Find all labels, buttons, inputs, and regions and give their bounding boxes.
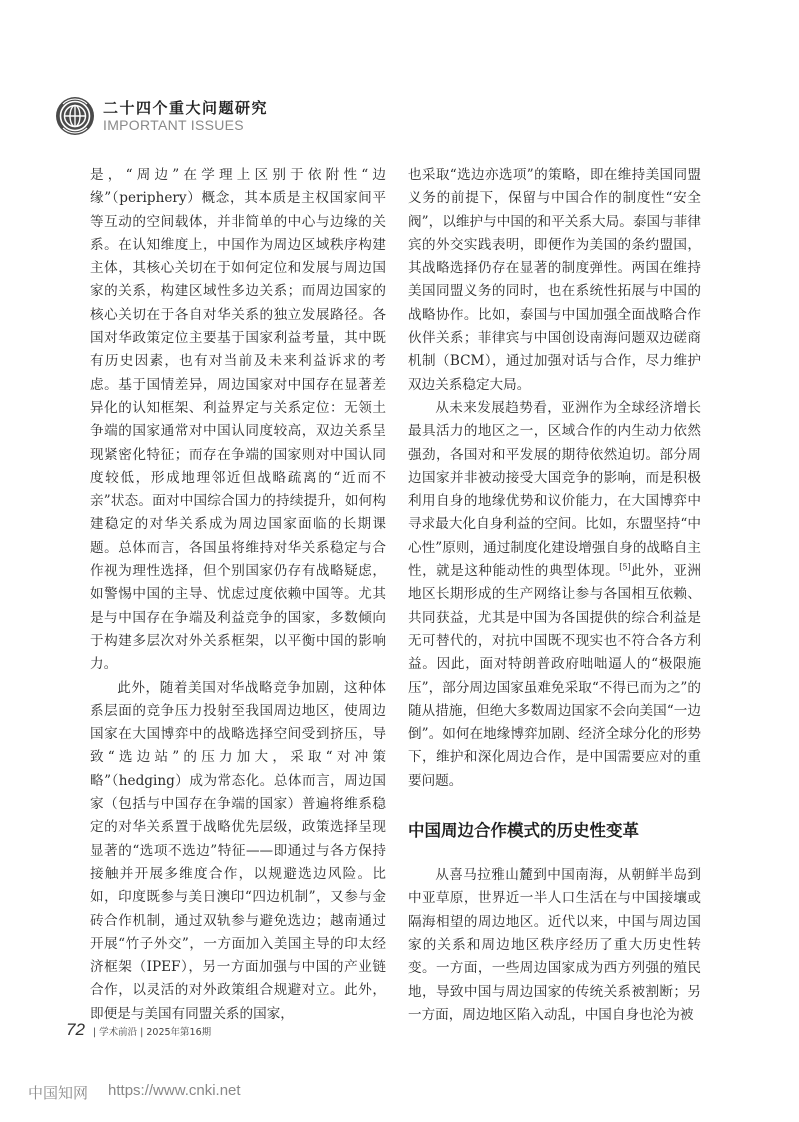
- right-column: 也采取“选边亦选项”的策略，即在维持美国同盟义务的前提下，保留与中国合作的制度性…: [408, 164, 701, 1027]
- section-title-en: IMPORTANT ISSUES: [103, 117, 268, 133]
- section-title-cn: 二十四个重大问题研究: [103, 99, 268, 117]
- cnki-watermark: 中国知网 https://www.cnki.net: [28, 1082, 241, 1103]
- watermark-url[interactable]: https://www.cnki.net: [108, 1082, 241, 1103]
- page-header: 二十四个重大问题研究 IMPORTANT ISSUES: [55, 93, 268, 139]
- body-paragraph: 是，“周边”在学理上区别于依附性“边缘”（periphery）概念，其本质是主权…: [90, 164, 386, 677]
- left-column: 是，“周边”在学理上区别于依附性“边缘”（periphery）概念，其本质是主权…: [90, 164, 386, 1026]
- watermark-site-name: 中国知网: [28, 1082, 88, 1103]
- page-footer: 72 | 学术前沿 | 2025年第16期: [66, 1020, 211, 1040]
- body-paragraph: 从未来发展趋势看，亚洲作为全球经济增长最具活力的地区之一，区域合作的内生动力依然…: [408, 397, 701, 793]
- body-paragraph: 从喜马拉雅山麓到中国南海，从朝鲜半岛到中亚草原，世界近一半人口生活在与中国接壤或…: [408, 864, 701, 1027]
- journal-info: | 学术前沿 | 2025年第16期: [93, 1024, 211, 1038]
- body-paragraph: 此外，随着美国对华战略竞争加剧，这种体系层面的竞争压力投射至我国周边地区，使周边…: [90, 677, 386, 1026]
- page-number: 72: [66, 1020, 85, 1040]
- body-paragraph: 也采取“选边亦选项”的策略，即在维持美国同盟义务的前提下，保留与中国合作的制度性…: [408, 164, 701, 397]
- paragraph-text: 此外，亚洲地区长期形成的生产网络让参与各国相互依赖、共同获益，尤其是中国为各国提…: [408, 563, 701, 789]
- citation-reference[interactable]: [5]: [619, 563, 630, 572]
- globe-icon: [55, 96, 95, 136]
- section-heading: 中国周边合作模式的历史性变革: [408, 820, 701, 842]
- paragraph-text: 从未来发展趋势看，亚洲作为全球经济增长最具活力的地区之一，区域合作的内生动力依然…: [408, 400, 701, 579]
